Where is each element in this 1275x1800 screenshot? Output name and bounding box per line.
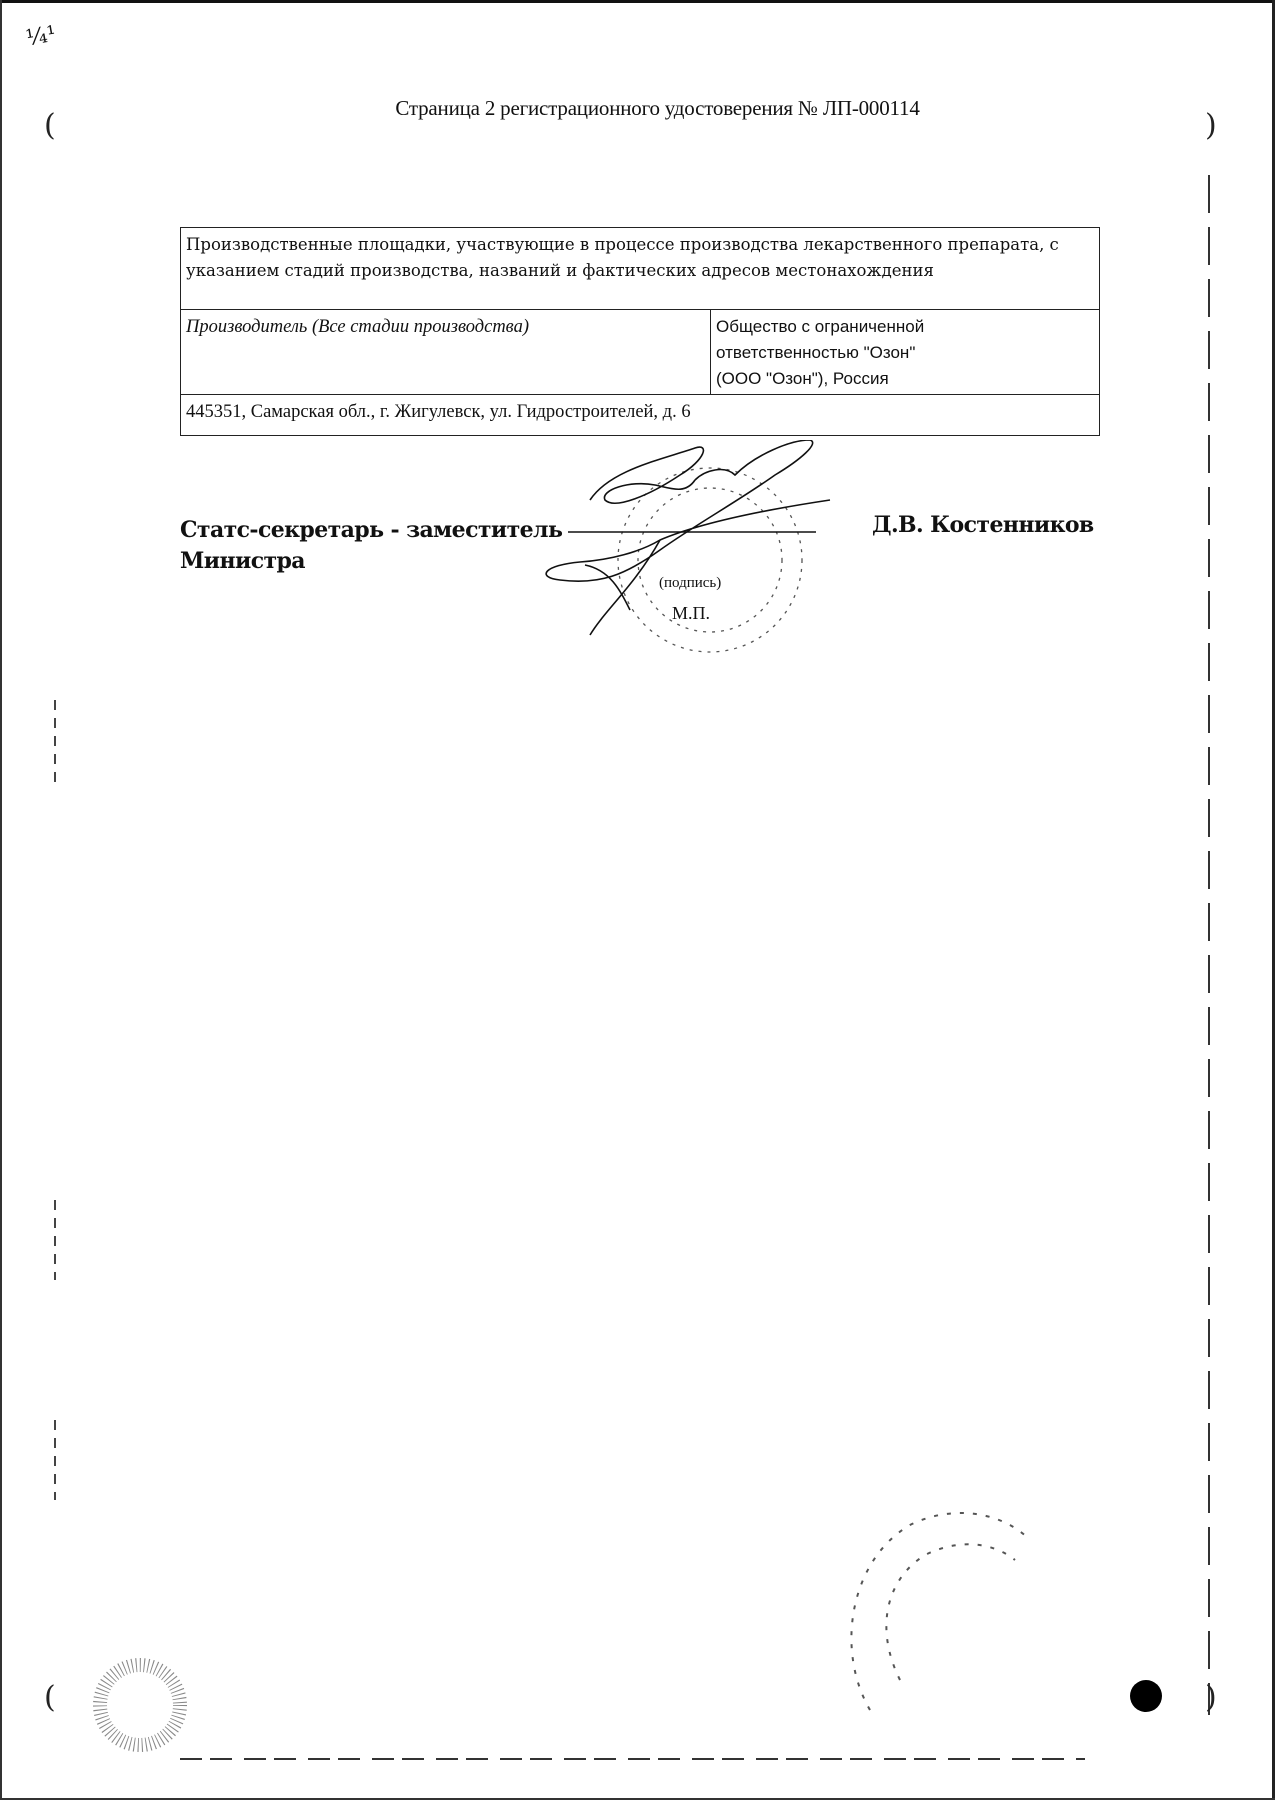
production-sites-table: Производственные площадки, участвующие в…	[180, 227, 1100, 436]
scan-bracket-mark: )	[1205, 1680, 1217, 1715]
punch-hole-mark	[1130, 1680, 1162, 1712]
signer-position: Статс-секретарь - заместитель Министра	[180, 515, 562, 577]
scan-bracket-mark: (	[44, 1680, 56, 1715]
scan-noise-cluster-icon	[80, 1650, 200, 1760]
scan-margin-line-left	[54, 700, 56, 790]
faint-stamp-imprint-icon	[830, 1480, 1130, 1760]
company-line: Общество с ограниченной	[716, 314, 1095, 340]
scan-margin-line-left	[54, 1200, 56, 1280]
table-heading-cell: Производственные площадки, участвующие в…	[181, 228, 1100, 310]
manufacturer-role-cell: Производитель (Все стадии производства)	[181, 310, 711, 395]
stamp-place-label: М.П.	[672, 603, 710, 624]
site-address-cell: 445351, Самарская обл., г. Жигулевск, ул…	[181, 395, 1100, 436]
table-row: 445351, Самарская обл., г. Жигулевск, ул…	[181, 395, 1100, 436]
page-header-text: Страница 2 регистрационного удостоверени…	[395, 96, 919, 120]
signer-position-line: Статс-секретарь - заместитель	[180, 515, 562, 546]
page-header: Страница 2 регистрационного удостоверени…	[0, 96, 1275, 121]
table-row: Производственные площадки, участвующие в…	[181, 228, 1100, 310]
signer-position-line: Министра	[180, 546, 562, 577]
page-border-left	[0, 0, 2, 1800]
page-border-top	[0, 0, 1275, 3]
scan-margin-line-left	[54, 1420, 56, 1500]
company-line: (ООО "Озон"), Россия	[716, 366, 1095, 392]
scan-margin-line-right	[1208, 175, 1210, 1715]
company-line: ответственностью "Озон"	[716, 340, 1095, 366]
manufacturer-company-cell: Общество с ограниченной ответственностью…	[711, 310, 1100, 395]
handwritten-page-number: ¼¹	[24, 22, 58, 52]
table-row: Производитель (Все стадии производства) …	[181, 310, 1100, 395]
signature-caption: (подпись)	[659, 575, 721, 592]
signer-name: Д.В. Костенников	[872, 512, 1094, 538]
